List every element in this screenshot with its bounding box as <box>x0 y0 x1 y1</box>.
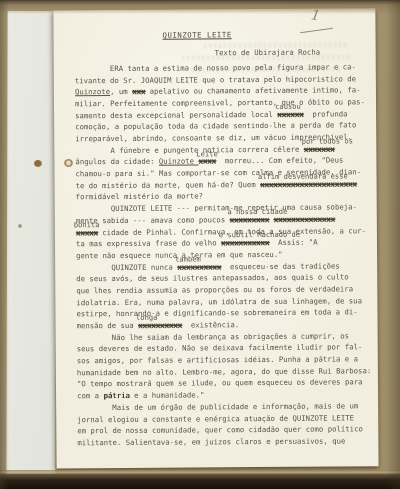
typed-segment: samento desta excepcional personalidade … <box>75 110 277 120</box>
paragraph: QUINZOTE LEITE --- permitam-me repetir u… <box>76 201 374 262</box>
typed-line: militante. Salientava-se, em juizos clar… <box>77 435 375 449</box>
typed-segment: A fúnebre e pungente noticia correra cél… <box>75 144 304 155</box>
typed-segment: estirpe, honrando-a e dignificando-se so… <box>76 308 357 319</box>
struck-out-segment: xxxxxxxxxxxxxxxxxxxxxxalfim desvendará e… <box>260 179 357 189</box>
typed-segment: ângulos da cidade: <box>75 157 159 167</box>
underlined-segment: Quinzote <box>75 87 110 96</box>
interlinear-correction: Leite <box>196 150 217 157</box>
typed-segment: miliar. Perfeitamente compreensivel, por… <box>75 97 365 108</box>
document-title: QUINZOTE LEITE <box>162 28 372 41</box>
interlinear-correction: por todos os <box>302 137 353 144</box>
typed-segment: ERA tanta a estima de nosso povo pela fi… <box>75 62 356 73</box>
paragraph: A fúnebre e pungente noticia correra cél… <box>75 143 373 204</box>
album-bottom-shadow <box>0 474 400 489</box>
paragraph: QUINZOTE nunca xxxxxxxxxxtambém esqueceu… <box>76 260 374 332</box>
overtyped-bold-segment: pátria <box>103 391 129 400</box>
typed-segment: Assis: "A <box>269 238 317 247</box>
typed-line: estirpe, honrando-a e dignificando-se so… <box>76 307 374 321</box>
typed-segment: que lhes rendia assumia as proporções ou… <box>76 284 353 295</box>
scrapbook-page-scan: 1 QUINZOTE LEITE Texto de Ubirajara Roch… <box>0 0 400 489</box>
typed-segment: profunda <box>304 109 348 118</box>
struck-out-segment: xxxxxxxxxa nossa cidade <box>230 215 270 224</box>
typed-segment: apelativo ou chamamento afetivamente int… <box>145 86 360 97</box>
struck-out-segment: xxxxxxxpor todos os <box>304 144 335 153</box>
typed-segment: , um <box>110 87 132 96</box>
typed-segment: QUINZOTE nunca <box>76 262 177 272</box>
typed-segment: jornal elogiou a constante e enérgica at… <box>77 413 354 424</box>
document-byline: Texto de Ubirajara Rocha <box>215 46 373 59</box>
underlying-album-page <box>6 11 56 474</box>
interlinear-correction: bonita <box>74 221 100 228</box>
interlinear-correction: também <box>175 255 201 262</box>
struck-out-segment: xxx <box>132 87 145 96</box>
typed-segment: tivante do Sr. JOAQUIM LEITE que o trata… <box>75 74 356 85</box>
typed-segment: e a humanidade." <box>130 391 205 401</box>
interlinear-correction: causou <box>275 103 301 110</box>
struck-out-segment: xxxxLeite <box>198 157 216 166</box>
typed-segment: existência. <box>182 320 239 329</box>
interlinear-correction: e subtil Machado de <box>219 231 300 239</box>
struck-out-segment: xxxxxxxxxxxe subtil Machado de <box>221 238 269 247</box>
typed-segment: ta mas expressiva frase do velho <box>76 239 221 249</box>
typed-segment: morreu... Com efeito, "Deus <box>216 156 343 166</box>
struck-out-segment: xxxxxxxxxxlonga <box>138 321 182 330</box>
underlined-segment: Quinzote <box>159 157 199 166</box>
typed-segment: Mais de um órgão de publicidade e inform… <box>77 401 358 412</box>
album-left-edge-shadow <box>0 0 9 489</box>
struck-out-segment: xxxxxxxxxxxxxx <box>274 214 336 223</box>
paragraph: Não lhe saiam da lembrança as obrigações… <box>77 330 375 402</box>
typed-segment: sos amigos, por falsas e artificiosas id… <box>77 354 358 365</box>
typed-segment: com a <box>77 391 103 400</box>
rust-spot <box>64 159 73 167</box>
typed-segment: humanidade bem no alto. Lembro-me, agora… <box>77 366 371 377</box>
typed-segment: militante. Salientava-se, em juizos clar… <box>77 436 345 447</box>
typed-segment: em prol de nossa comunidade, quer como c… <box>77 425 363 436</box>
typed-segment: de seus avós, de seus ilustres antepassa… <box>76 273 348 284</box>
typed-segment: Não lhe saiam da lembrança as obrigações… <box>77 331 349 342</box>
paper-speck <box>18 224 22 228</box>
typed-segment: te do mistério da morte, quem há-de? Que… <box>76 180 261 190</box>
typed-segment: formidável mistério da morte? <box>76 192 203 202</box>
album-top-edge-shadow <box>0 0 400 14</box>
typed-segment: mensão de sua <box>77 321 139 330</box>
typed-segment: "O tempo mostrará quem se ilude, ou quem… <box>77 378 363 389</box>
struck-out-segment: xxxxxbonita <box>76 228 98 237</box>
interlinear-correction: longa <box>136 314 157 321</box>
typed-text-block: QUINZOTE LEITE Texto de Ubirajara Rocha … <box>75 28 376 449</box>
interlinear-correction: alfim desvendará esse <box>258 172 348 180</box>
typed-segment: QUINZOTE LEITE --- permitam-me repetir u… <box>76 202 357 213</box>
struck-out-segment: xxxxxxxxxxtambém <box>177 262 221 271</box>
rust-spot <box>34 160 42 167</box>
typed-text: ERA tanta a estima de nosso povo pela fi… <box>75 61 376 449</box>
typed-line: "O tempo mostrará quem se ilude, ou quem… <box>77 377 375 391</box>
typed-sheet: QUINZOTE LEITE Texto de Ubirajara Rocha … <box>53 8 378 468</box>
album-right-edge-shadow <box>386 0 400 489</box>
paragraph: Mais de um órgão de publicidade e inform… <box>77 400 375 449</box>
typed-segment: seus deveres de estado. Não se deixava f… <box>77 343 363 354</box>
paragraph: ERA tanta a estima de nosso povo pela fi… <box>75 61 374 145</box>
struck-out-segment: xxxxxxcausou <box>277 109 303 118</box>
typed-segment: esqueceu-se das tradições <box>221 261 340 271</box>
typed-segment: idolatria. Era, numa palavra, um idólatr… <box>76 296 362 307</box>
typed-segment: comoção, a população toda da cidade sent… <box>75 121 356 132</box>
